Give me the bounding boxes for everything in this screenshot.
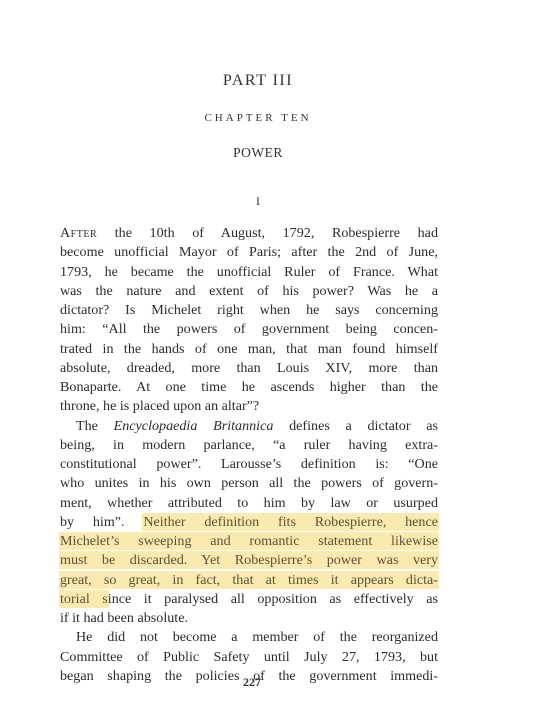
text-segment: ment, whether attributed to him by law o… <box>60 495 438 511</box>
text-line: trated in the hands of one man, that man… <box>60 340 438 359</box>
text-line: constitutional power”. Larousse’s defini… <box>60 455 438 474</box>
text-segment: The <box>76 418 114 434</box>
part-title: PART III <box>0 72 528 90</box>
text-line: absolute, dreaded, more than Louis XIV, … <box>60 359 438 378</box>
text-line: who unites in his own person all the pow… <box>60 474 438 493</box>
text-line: 1793, he became the unofficial Ruler of … <box>60 263 438 282</box>
text-line: become unofficial Mayor of Paris; after … <box>60 243 438 262</box>
paragraph: After the 10th of August, 1792, Robespie… <box>60 224 438 417</box>
text-line: The Encyclopaedia Britannica defines a d… <box>60 417 438 436</box>
chapter-title: CHAPTER TEN <box>0 112 528 124</box>
text-line: him: “All the powers of government being… <box>60 320 438 339</box>
text-segment: being, in modern parlance, “a ruler havi… <box>60 437 438 453</box>
body-text: After the 10th of August, 1792, Robespie… <box>60 224 438 686</box>
italic-title: Encyclopaedia Britannica <box>114 418 274 434</box>
text-line: torial since it paralysed all opposition… <box>60 590 438 609</box>
text-segment: become unofficial Mayor of Paris; after … <box>60 244 438 260</box>
text-segment: throne, he is placed upon an altar”? <box>60 398 259 414</box>
text-line: if it had been absolute. <box>60 609 438 628</box>
text-segment: absolute, dreaded, more than Louis XIV, … <box>60 360 438 376</box>
text-segment: dictator? Is Michelet right when he says… <box>60 302 438 318</box>
highlighted-text: great, so great, in fact, that at times … <box>60 572 438 588</box>
text-line: After the 10th of August, 1792, Robespie… <box>60 224 438 243</box>
text-line: by him”. Neither definition fits Robespi… <box>60 513 438 532</box>
text-segment: ince it paralysed all opposition as effe… <box>108 591 438 607</box>
text-line: being, in modern parlance, “a ruler havi… <box>60 436 438 455</box>
text-line: ment, whether attributed to him by law o… <box>60 494 438 513</box>
text-segment: the 10th of August, 1792, Robespierre ha… <box>97 225 438 241</box>
text-line: great, so great, in fact, that at times … <box>60 571 438 590</box>
text-line: throne, he is placed upon an altar”? <box>60 397 438 416</box>
section-title: POWER <box>0 145 528 161</box>
text-segment: him: “All the powers of government being… <box>60 321 438 337</box>
text-segment: Committee of Public Safety until July 27… <box>60 649 438 665</box>
highlighted-text: Michelet’s sweeping and romantic stateme… <box>60 533 438 549</box>
book-page: PART III CHAPTER TEN POWER I After the 1… <box>0 0 540 707</box>
small-caps-text: After <box>60 225 97 241</box>
highlighted-text: must be discarded. Yet Robespierre’s pow… <box>60 552 438 568</box>
paragraph: The Encyclopaedia Britannica defines a d… <box>60 417 438 629</box>
text-segment: by him”. <box>60 514 143 530</box>
text-segment: trated in the hands of one man, that man… <box>60 341 438 357</box>
text-line: Michelet’s sweeping and romantic stateme… <box>60 532 438 551</box>
text-segment: 1793, he became the unofficial Ruler of … <box>60 264 438 280</box>
section-number: I <box>0 194 528 209</box>
text-segment: was the nature and extent of his power? … <box>60 283 438 299</box>
text-line: dictator? Is Michelet right when he says… <box>60 301 438 320</box>
text-segment: if it had been absolute. <box>60 610 188 626</box>
text-line: Committee of Public Safety until July 27… <box>60 648 438 667</box>
page-number: 227 <box>0 675 522 690</box>
highlighted-text: torial s <box>60 591 108 607</box>
text-segment: Bonaparte. At one time he ascends higher… <box>60 379 438 395</box>
text-line: Bonaparte. At one time he ascends higher… <box>60 378 438 397</box>
text-line: must be discarded. Yet Robespierre’s pow… <box>60 551 438 570</box>
text-segment: defines a dictator as <box>273 418 438 434</box>
highlighted-text: Neither definition fits Robespierre, hen… <box>143 514 438 530</box>
text-segment: constitutional power”. Larousse’s defini… <box>60 456 438 472</box>
text-segment: He did not become a member of the reorga… <box>76 629 438 645</box>
text-line: was the nature and extent of his power? … <box>60 282 438 301</box>
text-line: He did not become a member of the reorga… <box>60 628 438 647</box>
text-segment: who unites in his own person all the pow… <box>60 475 438 491</box>
